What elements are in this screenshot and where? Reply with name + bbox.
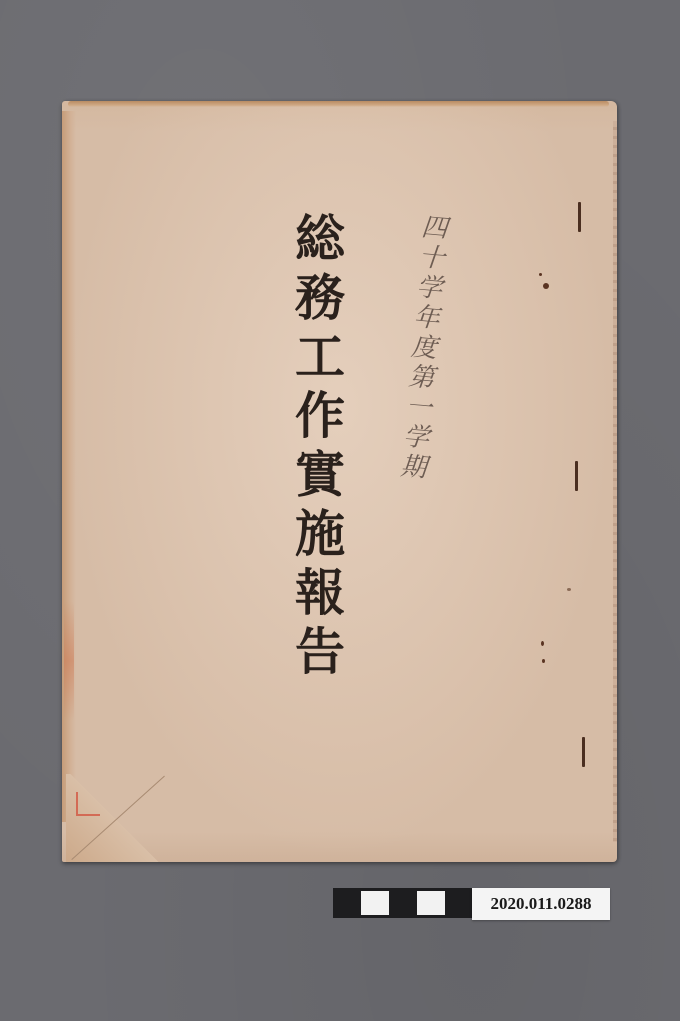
ink-spot (539, 273, 542, 276)
staple-hole-middle (575, 461, 578, 491)
scale-segment (417, 891, 445, 915)
ink-spot (542, 659, 545, 663)
annotation-char: 学 (402, 422, 431, 454)
title-char: 作 (295, 386, 345, 445)
staple-hole-bottom (582, 737, 585, 767)
title-char: 告 (295, 622, 345, 681)
document-title: 総 務 工 作 實 施 報 告 (282, 209, 358, 681)
annotation-char: 第 (407, 362, 436, 394)
annotation-char: 十 (418, 242, 447, 274)
handwritten-annotation: 四 十 学 年 度 第 一 学 期 (390, 212, 457, 485)
document-cover: 総 務 工 作 實 施 報 告 四 十 学 年 度 第 一 学 期 (62, 101, 617, 862)
catalog-number-label: 2020.011.0288 (472, 888, 610, 920)
folded-corner (66, 774, 162, 862)
ink-spot (543, 283, 549, 289)
annotation-char: 期 (399, 451, 428, 483)
ink-spot (541, 641, 544, 646)
title-char: 施 (295, 504, 345, 563)
catalog-number: 2020.011.0288 (490, 894, 591, 914)
ink-spot (567, 588, 571, 591)
edge-stain (64, 601, 74, 721)
scale-segment (445, 888, 473, 918)
annotation-char: 四 (420, 212, 449, 244)
title-char: 實 (295, 445, 345, 504)
title-char: 総 (295, 209, 345, 268)
scale-segment (333, 888, 361, 918)
scale-segment (361, 891, 389, 915)
red-stamp-mark (76, 792, 100, 816)
title-char: 報 (295, 563, 345, 622)
annotation-char: 学 (415, 272, 444, 304)
document-right-edge (613, 121, 617, 842)
color-scale-bar (333, 888, 473, 918)
scale-segment (389, 888, 417, 918)
document-top-edge (68, 101, 609, 107)
staple-hole-top (578, 202, 581, 232)
annotation-char: 年 (412, 302, 441, 334)
title-char: 務 (295, 268, 345, 327)
annotation-char: 度 (410, 332, 439, 364)
annotation-char: 一 (404, 392, 433, 424)
title-char: 工 (295, 327, 345, 386)
